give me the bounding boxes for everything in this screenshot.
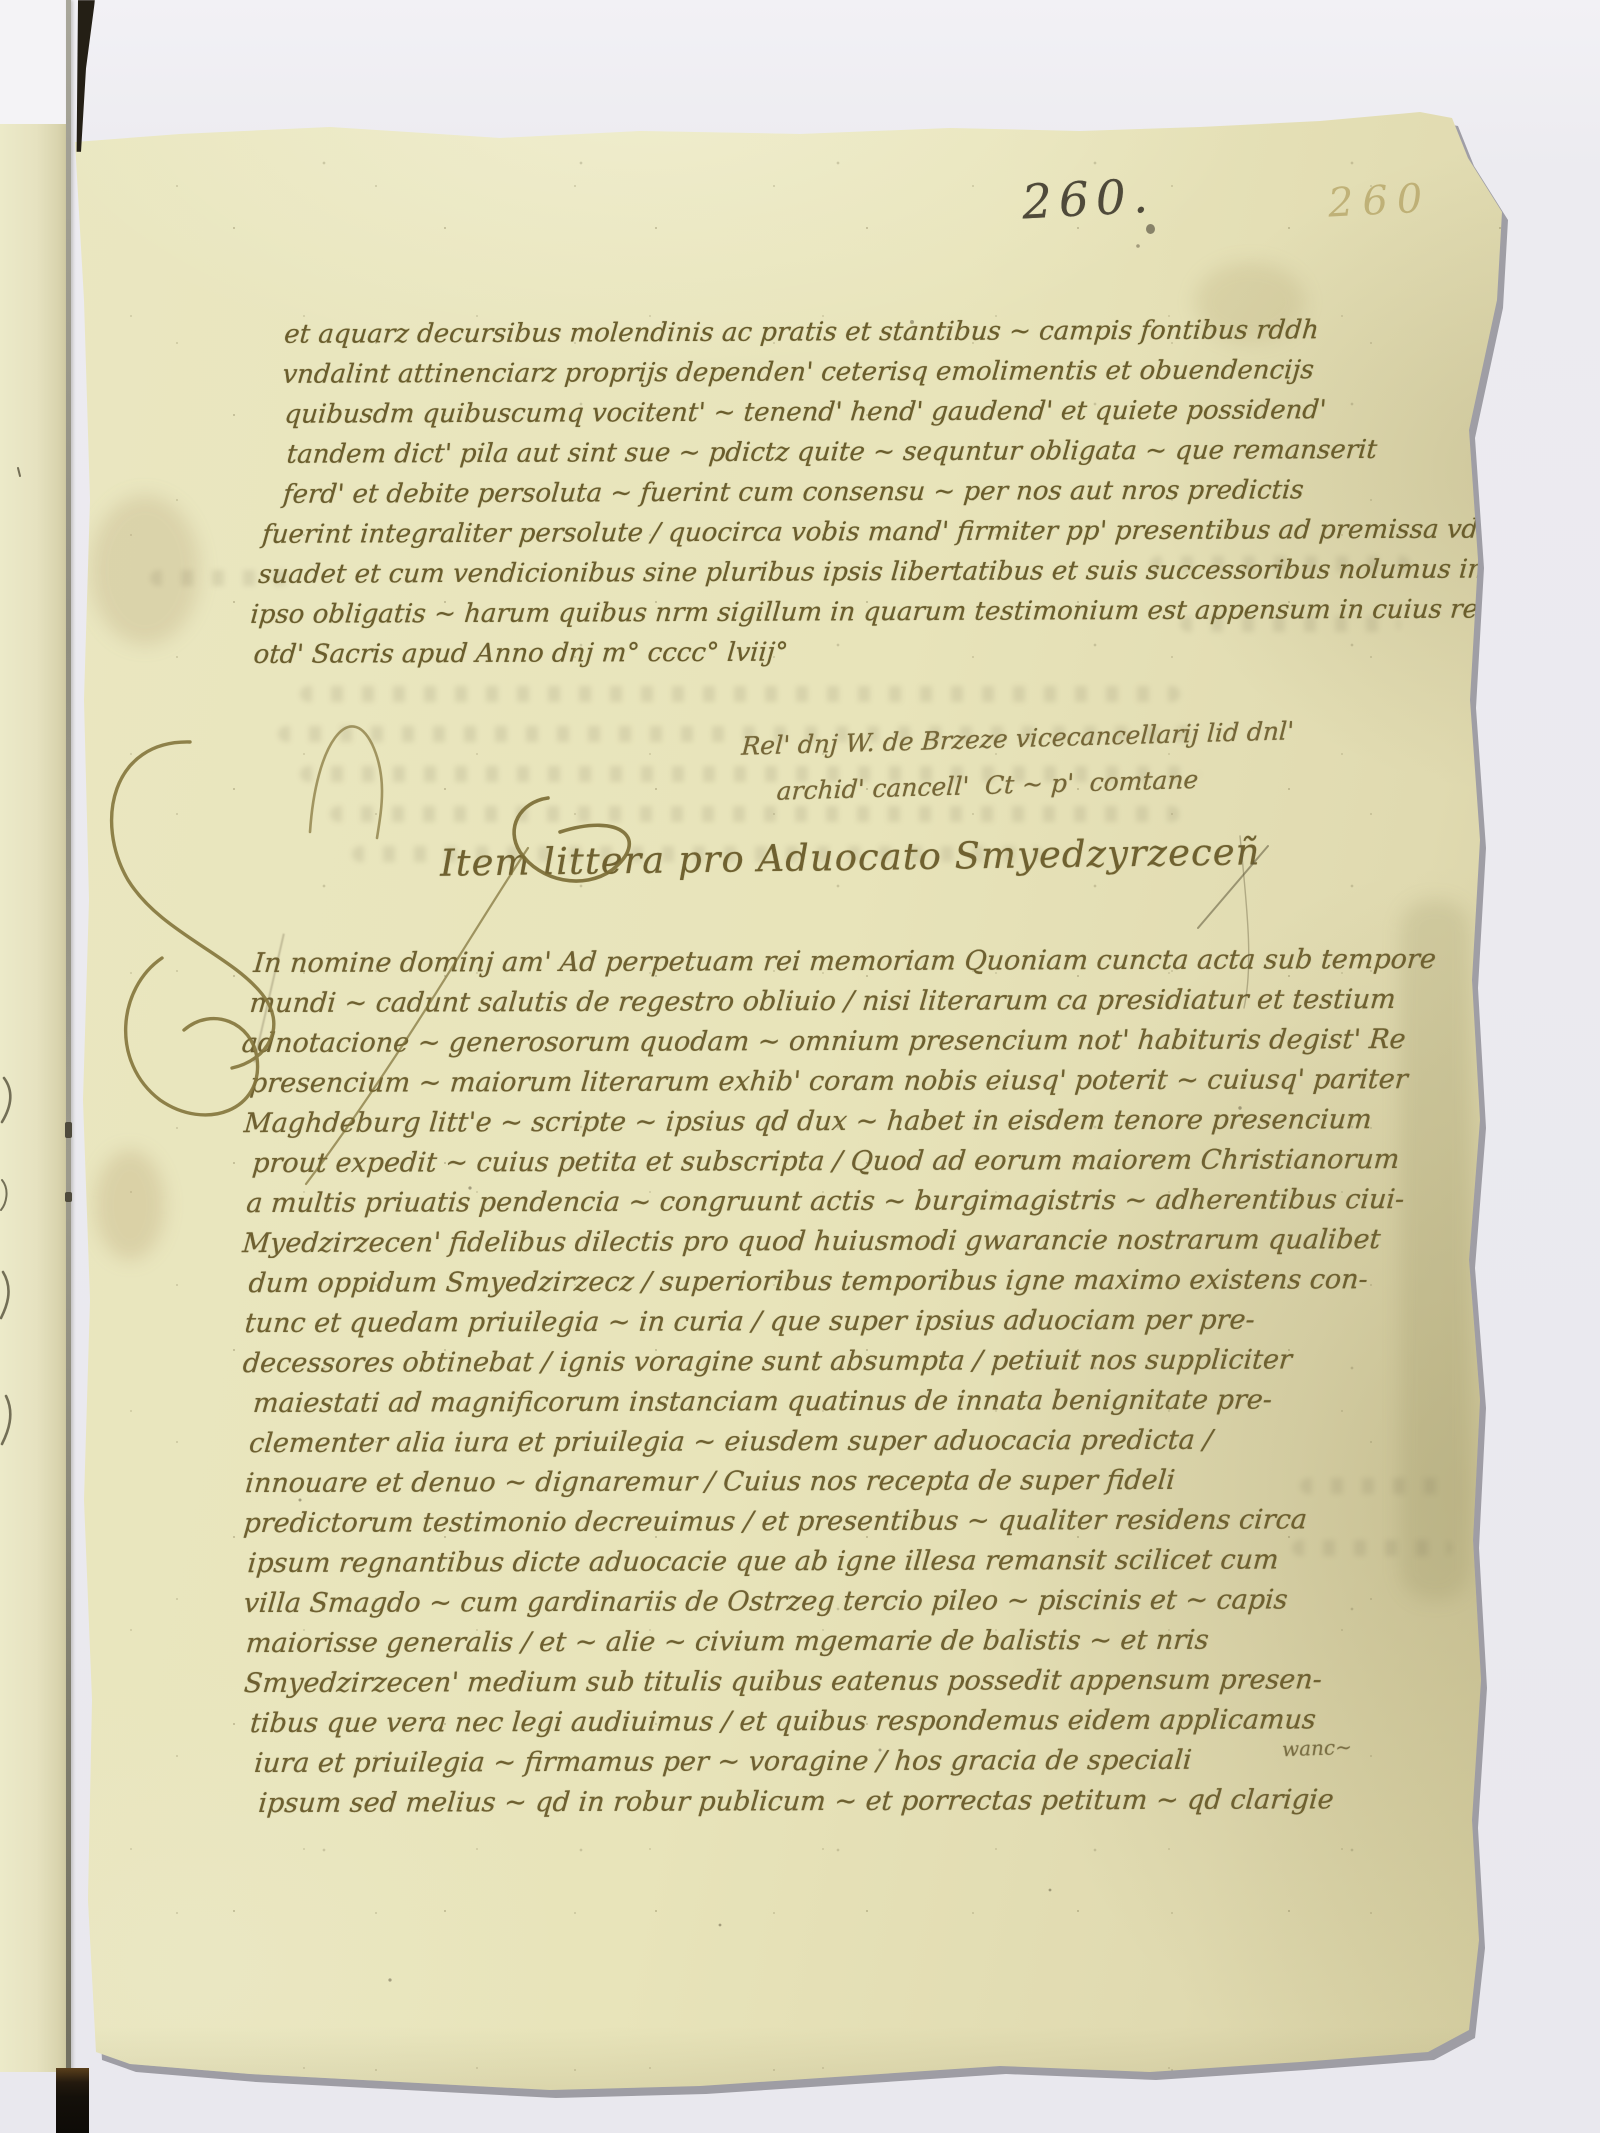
text-line: vndalint attinenciarz proprijs dependen'… [281, 349, 1578, 395]
text-line: quibusdm quibuscumq vocitent' ~ tenend' … [283, 389, 1578, 435]
text-line: mundi ~ cadunt salutis de regestro obliu… [248, 980, 1438, 1024]
gutter-mark [65, 1122, 72, 1138]
binding-strap-bottom [56, 2068, 89, 2133]
folio-number-faded: 260 [1327, 175, 1433, 226]
text-line: a multis priuatis pendencia ~ congruunt … [245, 1180, 1439, 1224]
text-line: ipso obligatis ~ harum quibus nrm sigill… [249, 589, 1579, 635]
text-line: prout expedit ~ cuius petita et subscrip… [251, 1140, 1439, 1184]
manuscript-scan: 260. 260 et aquarz decursibus molendinis… [0, 0, 1600, 2133]
text-line: villa Smagdo ~ cum gardinariis de Ostrze… [242, 1580, 1440, 1624]
text-block-main: In nomine dominj am' Ad perpetuam rei me… [241, 940, 1438, 1824]
folio-number: 260. [1021, 169, 1156, 231]
marginal-tail-note: wanc~ [1282, 1735, 1353, 1761]
gutter-mark [65, 1192, 72, 1202]
background-top-left [0, 0, 66, 124]
binding-gutter-line [66, 0, 71, 2133]
text-line: adnotacione ~ generosorum quodam ~ omniu… [240, 1020, 1438, 1064]
text-line: tandem dict' pila aut sint sue ~ pdictz … [285, 429, 1578, 475]
stain [95, 1150, 165, 1260]
text-line: Myedzirzecen' fidelibus dilectis pro quo… [241, 1220, 1439, 1264]
text-line: otd' Sacris apud Anno dnj m° cccc° lviij… [252, 629, 1579, 675]
text-line: decessores obtinebat / ignis voragine su… [241, 1340, 1439, 1384]
previous-page-edge [0, 124, 66, 2072]
text-line: iura et priuilegia ~ firmamus per ~ vora… [253, 1740, 1441, 1784]
text-line: ferd' et debite persoluta ~ fuerint cum … [281, 469, 1578, 515]
text-line: maiestati ad magnificorum instanciam qua… [251, 1380, 1439, 1424]
text-line: dum oppidum Smyedzirzecz / superioribus … [247, 1260, 1439, 1304]
text-block-upper: et aquarz decursibus molendinis ac prati… [249, 309, 1577, 675]
text-line: ipsum regnantibus dicte aduocacie que ab… [246, 1540, 1440, 1584]
manuscript-page: 260. 260 et aquarz decursibus molendinis… [0, 0, 1600, 2133]
folio-stray-dot [1146, 224, 1155, 234]
bleedthrough-text-ghost [300, 686, 1180, 702]
text-line: fuerint integraliter persolute / quocirc… [261, 509, 1579, 555]
text-line: suadet et cum vendicionibus sine pluribu… [257, 549, 1579, 595]
text-line: et aquarz decursibus molendinis ac prati… [283, 309, 1578, 355]
text-line: In nomine dominj am' Ad perpetuam rei me… [252, 940, 1438, 984]
text-line: presencium ~ maiorum literarum exhib' co… [248, 1060, 1438, 1104]
text-line: clementer alia iura et priuilegia ~ eius… [248, 1420, 1440, 1464]
text-line: tunc et quedam priuilegia ~ in curia / q… [243, 1300, 1439, 1344]
text-line: innouare et denuo ~ dignaremur / Cuius n… [244, 1460, 1440, 1504]
text-line: tibus que vera nec legi audiuimus / et q… [249, 1700, 1441, 1744]
text-line: Maghdeburg litt'e ~ scripte ~ ipsius qd … [242, 1100, 1438, 1144]
text-line: Smyedzirzecen' medium sub titulis quibus… [242, 1660, 1440, 1704]
text-line: ipsum sed melius ~ qd in robur publicum … [257, 1780, 1441, 1824]
text-line: maiorisse generalis / et ~ alie ~ civium… [244, 1620, 1440, 1664]
text-line: predictorum testimonio decreuimus / et p… [242, 1500, 1440, 1544]
subscription-block: Rel' dnj W. de Brzeze vicecancellarij li… [741, 708, 1296, 815]
